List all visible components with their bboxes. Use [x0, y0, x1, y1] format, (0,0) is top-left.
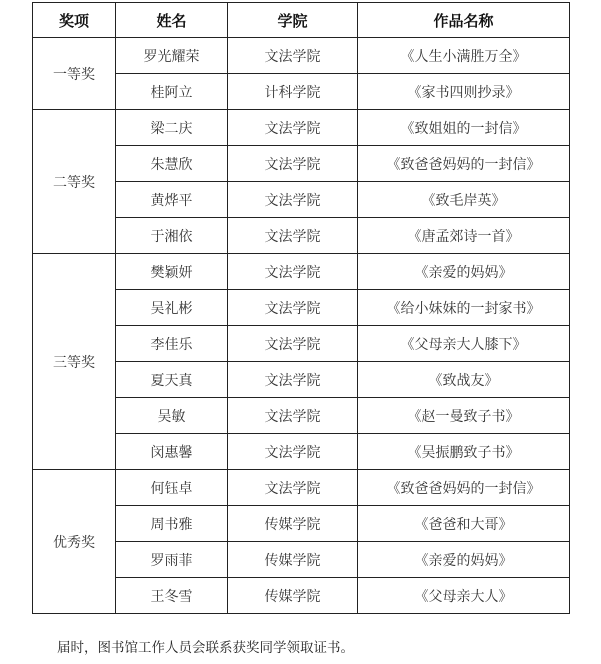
- college-cell: 文法学院: [228, 146, 358, 182]
- award-cell: 一等奖: [33, 38, 116, 110]
- work-cell: 《致毛岸英》: [358, 182, 570, 218]
- name-cell: 于湘依: [116, 218, 228, 254]
- college-cell: 文法学院: [228, 470, 358, 506]
- work-cell: 《爸爸和大哥》: [358, 506, 570, 542]
- name-cell: 何钰卓: [116, 470, 228, 506]
- name-cell: 夏天真: [116, 362, 228, 398]
- name-cell: 樊颖妍: [116, 254, 228, 290]
- college-cell: 文法学院: [228, 38, 358, 74]
- college-cell: 文法学院: [228, 254, 358, 290]
- work-cell: 《家书四则抄录》: [358, 74, 570, 110]
- name-cell: 王冬雪: [116, 578, 228, 614]
- name-cell: 闵惠馨: [116, 434, 228, 470]
- name-cell: 罗光耀荣: [116, 38, 228, 74]
- table-row: 三等奖 樊颖妍 文法学院 《亲爱的妈妈》: [33, 254, 570, 290]
- work-cell: 《父母亲大人膝下》: [358, 326, 570, 362]
- college-cell: 传媒学院: [228, 542, 358, 578]
- college-cell: 文法学院: [228, 110, 358, 146]
- work-cell: 《亲爱的妈妈》: [358, 542, 570, 578]
- name-cell: 吴礼彬: [116, 290, 228, 326]
- work-cell: 《父母亲大人》: [358, 578, 570, 614]
- footer-note: 届时，图书馆工作人员会联系获奖同学领取证书。: [57, 636, 354, 656]
- college-cell: 传媒学院: [228, 506, 358, 542]
- work-cell: 《致爸爸妈妈的一封信》: [358, 470, 570, 506]
- table-header-row: 奖项 姓名 学院 作品名称: [33, 3, 570, 38]
- work-cell: 《人生小满胜万全》: [358, 38, 570, 74]
- college-cell: 计科学院: [228, 74, 358, 110]
- work-cell: 《致爸爸妈妈的一封信》: [358, 146, 570, 182]
- header-name: 姓名: [116, 3, 228, 38]
- header-work: 作品名称: [358, 3, 570, 38]
- header-college: 学院: [228, 3, 358, 38]
- name-cell: 朱慧欣: [116, 146, 228, 182]
- name-cell: 桂阿立: [116, 74, 228, 110]
- name-cell: 黄烨平: [116, 182, 228, 218]
- awards-table: 奖项 姓名 学院 作品名称 一等奖 罗光耀荣 文法学院 《人生小满胜万全》 桂阿…: [32, 2, 570, 614]
- college-cell: 文法学院: [228, 362, 358, 398]
- work-cell: 《亲爱的妈妈》: [358, 254, 570, 290]
- table-row: 一等奖 罗光耀荣 文法学院 《人生小满胜万全》: [33, 38, 570, 74]
- name-cell: 罗雨菲: [116, 542, 228, 578]
- award-cell: 优秀奖: [33, 470, 116, 614]
- college-cell: 文法学院: [228, 182, 358, 218]
- table-row: 优秀奖 何钰卓 文法学院 《致爸爸妈妈的一封信》: [33, 470, 570, 506]
- college-cell: 文法学院: [228, 290, 358, 326]
- college-cell: 文法学院: [228, 398, 358, 434]
- name-cell: 吴敏: [116, 398, 228, 434]
- work-cell: 《赵一曼致子书》: [358, 398, 570, 434]
- work-cell: 《致战友》: [358, 362, 570, 398]
- name-cell: 周书雅: [116, 506, 228, 542]
- college-cell: 传媒学院: [228, 578, 358, 614]
- college-cell: 文法学院: [228, 434, 358, 470]
- college-cell: 文法学院: [228, 326, 358, 362]
- work-cell: 《致姐姐的一封信》: [358, 110, 570, 146]
- name-cell: 梁二庆: [116, 110, 228, 146]
- table-row: 二等奖 梁二庆 文法学院 《致姐姐的一封信》: [33, 110, 570, 146]
- award-cell: 三等奖: [33, 254, 116, 470]
- work-cell: 《给小妹妹的一封家书》: [358, 290, 570, 326]
- header-award: 奖项: [33, 3, 116, 38]
- work-cell: 《唐孟郊诗一首》: [358, 218, 570, 254]
- college-cell: 文法学院: [228, 218, 358, 254]
- work-cell: 《吴振鹏致子书》: [358, 434, 570, 470]
- award-cell: 二等奖: [33, 110, 116, 254]
- name-cell: 李佳乐: [116, 326, 228, 362]
